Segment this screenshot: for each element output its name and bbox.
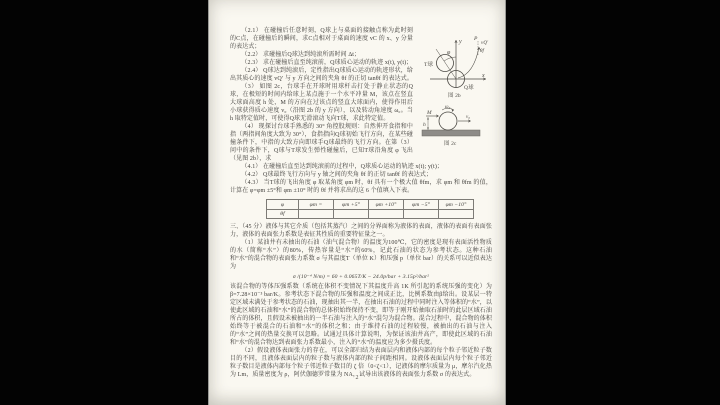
- t-ball: [437, 55, 454, 72]
- table-surface: [422, 130, 480, 136]
- empty-cell: [404, 210, 439, 219]
- header-cell-phim-plus10: φm +10°: [369, 200, 404, 210]
- axis-x-label: x: [481, 73, 485, 79]
- v0-label: v₀: [466, 115, 470, 120]
- height-h-label: h: [423, 122, 426, 128]
- velocity-label: vQ′: [481, 41, 489, 46]
- axis-y-label: y: [458, 39, 462, 45]
- answer-table: φ φm = φm +5° φm +10° φm −5° φm −10° θf: [266, 199, 474, 219]
- omega-label: ω₀: [445, 105, 451, 110]
- t-ball-label: T球: [424, 60, 433, 68]
- document-page: y x φ T球 Q球: [208, 0, 506, 405]
- figure-2b: y x φ T球 Q球: [418, 33, 492, 99]
- section-3-paragraph-1: （1）某油井有未抽出的石油（油气混合物）的温度为100℃，它的密度是现有表面活性…: [230, 239, 492, 271]
- empty-cell: [334, 210, 369, 219]
- theta-f-label: θf: [480, 49, 485, 54]
- billiards-trajectory-diagram: y x φ T球 Q球: [418, 33, 492, 99]
- row-label-theta-f: θf: [267, 210, 299, 219]
- header-cell-phi: φ: [267, 200, 299, 210]
- figure-2c-caption: 图 2c: [444, 139, 457, 147]
- q-ball: [439, 112, 457, 130]
- empty-cell: [299, 210, 334, 219]
- impulse-m-label: M: [426, 110, 432, 116]
- table-header-row: φ φm = φm +5° φm +10° φm −5° φm −10°: [267, 200, 474, 210]
- photo-background: y x φ T球 Q球: [0, 0, 720, 405]
- paragraph-4-2: （4.2） Q球最终飞行方向与 y 轴之间的夹角 θf 的正切 tanθf 的表…: [230, 171, 492, 179]
- q-ball-label: Q球: [464, 83, 474, 91]
- point-p-label: P: [473, 36, 478, 42]
- header-cell-phim: φm =: [299, 200, 334, 210]
- header-cell-phim-minus10: φm −10°: [439, 200, 474, 210]
- figures-column: y x φ T球 Q球: [418, 33, 492, 151]
- section-3-heading: 三、（45 分）液体与其它介质（包括其蒸汽）之间的分界面称为液体的表面，液体的表…: [230, 223, 492, 239]
- paragraph-4-1: （4.1） 在碰撞后直至达到纯滚前的过程中，Q球质心运动的轨迹 x(t); y(…: [230, 163, 492, 171]
- paragraph-4-3: （4.3） 当T球的飞出角度 φ 取某角度 φm 时，θf 具有一个极大值 θf…: [230, 179, 492, 195]
- header-cell-phim-plus5: φm +5°: [334, 200, 369, 210]
- empty-cell: [369, 210, 404, 219]
- table-answer-row: θf: [267, 210, 474, 219]
- section-3-paragraph-2: 该混合物的等体压强系数（系统在体积不变情况下其温度升高 1K 所引起的系统压强的…: [230, 283, 492, 347]
- cue-strike-diagram: M h ω₀ v₀ 图 2c: [418, 103, 492, 147]
- page-number: 2: [209, 375, 505, 381]
- surface-tension-formula: σ /(10⁻⁴ N/m) = 60 + 0.065T/K − 24.0p/ba…: [230, 273, 492, 281]
- figure-2b-caption: 图 2b: [448, 91, 461, 99]
- empty-cell: [439, 210, 474, 219]
- page-content: y x φ T球 Q球: [230, 27, 492, 375]
- figure-2c: M h ω₀ v₀ 图 2c: [418, 103, 492, 147]
- header-cell-phim-minus5: φm −5°: [404, 200, 439, 210]
